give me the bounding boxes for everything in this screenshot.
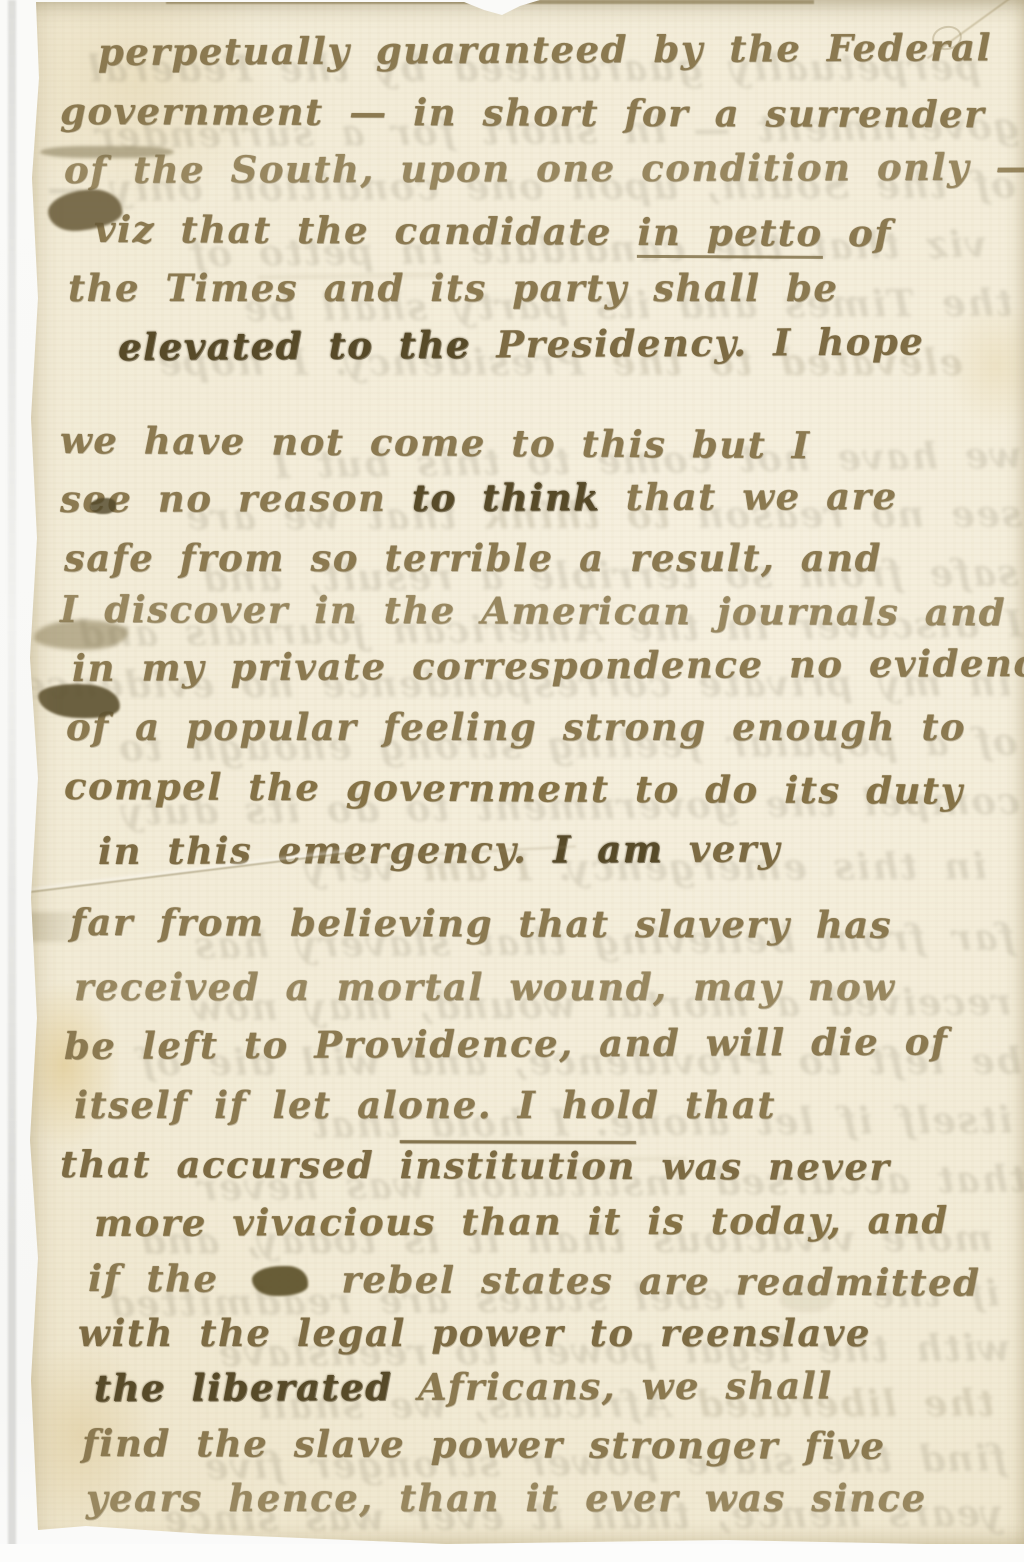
handwriting-segment: in my private correspondence no evidence (72, 641, 1024, 690)
handwriting-line: I discover in the American journals and (60, 583, 1018, 645)
handwriting-line: safe from so terrible a result, and (64, 532, 1018, 591)
handwriting-line: in this emergency. I am very (98, 822, 1018, 884)
handwriting-segment: Presidency. I hope (471, 319, 925, 366)
handwriting-segment: Africans, we shall (392, 1363, 832, 1409)
handwriting-segment: of a popular feeling strong enough to (66, 705, 966, 749)
handwriting-segment: very (663, 827, 781, 871)
ink-blot-icon (252, 1266, 308, 1296)
scanner-shadow-streak (8, 0, 16, 1562)
handwriting-line: in my private correspondence no evidence (72, 637, 1018, 701)
handwriting-segment: more vivacious than it is today, and (94, 1198, 949, 1245)
handwriting-line: compel the government to do its duty (64, 760, 1018, 824)
handwriting-line: that accursed institution was never (60, 1138, 1018, 1200)
handwriting-segment: safe from so terrible a result, and (64, 536, 882, 580)
handwriting-line: far from believing that slavery has (70, 896, 1018, 958)
handwriting-segment: in petto (637, 210, 822, 259)
handwriting-line: of the South, upon one condition only — (64, 141, 1018, 203)
handwriting-line: with the legal power to reenslave (78, 1307, 1018, 1366)
handwriting-line: years hence, than it ever was since (86, 1472, 1018, 1531)
handwriting-segment: I discover in the American journals and (60, 587, 1006, 634)
handwriting-segment: to think (412, 475, 600, 520)
handwriting-segment: received a mortal wound, may now (74, 965, 896, 1009)
handwriting-text-block: perpetually guaranteed by the Federalgov… (60, 26, 1018, 1531)
scanned-letter: perpetually guaranteed by the Federalgov… (0, 0, 1024, 1562)
fold-crease (24, 912, 124, 942)
handwriting-line: government — in short for a surrender (60, 85, 1018, 147)
handwriting-segment: years hence, than it ever was since (86, 1476, 927, 1520)
handwriting-segment: perpetually guaranteed by the Federal (98, 25, 992, 74)
handwriting-segment: with the legal power to reenslave (78, 1311, 871, 1355)
handwriting-segment: viz that the candidate (94, 207, 638, 254)
handwriting-segment: government — in short for a surrender (60, 89, 985, 136)
handwriting-line: be left to Providence, and will die of (64, 1015, 1018, 1079)
scanner-background-strip (0, 0, 30, 1562)
handwriting-segment: institution (400, 1143, 636, 1188)
handwriting-segment: elevated to the (118, 323, 471, 369)
handwriting-segment: far from believing that slavery has (70, 900, 892, 947)
handwriting-line: received a mortal wound, may now (74, 961, 1018, 1020)
handwriting-segment: rebel states are readmitted (316, 1257, 981, 1304)
handwriting-line: more vivacious than it is today, and (94, 1194, 1018, 1256)
handwriting-line: of a popular feeling strong enough to (66, 701, 1018, 760)
handwriting-line: see no reason to think that we are (60, 470, 1018, 532)
handwriting-segment: of (823, 211, 892, 255)
handwriting-line: viz that the candidate in petto of (94, 203, 1018, 267)
handwriting-segment: see no reason (60, 476, 412, 521)
handwriting-segment: was never (636, 1144, 891, 1189)
handwriting-segment: be left to Providence, and will die of (64, 1019, 949, 1068)
handwriting-segment: I am (553, 827, 664, 871)
handwriting-segment: if the (88, 1256, 244, 1301)
handwriting-segment: of the South, upon one condition only — (64, 145, 1024, 192)
page-top-edge-shadow (166, 0, 814, 4)
scanner-background-strip (0, 1544, 1024, 1562)
handwriting-segment: compel the government to do its duty (64, 764, 964, 813)
handwriting-segment: itself if let alone. I hold that (74, 1083, 776, 1127)
handwriting-segment: that accursed (60, 1142, 400, 1187)
handwriting-line: elevated to the Presidency. I hope (118, 315, 1018, 380)
handwriting-line: the Times and its party shall be (68, 262, 1018, 321)
handwriting-segment: we have not come to this but I (60, 418, 811, 467)
handwriting-segment: the Times and its party shall be (68, 266, 838, 310)
handwriting-segment: the liberated (94, 1365, 393, 1410)
handwriting-line: itself if let alone. I hold that (74, 1079, 1018, 1138)
handwriting-segment: find the slave power stronger five (82, 1421, 886, 1468)
handwriting-line: perpetually guaranteed by the Federal (98, 21, 1018, 85)
letter-page: perpetually guaranteed by the Federalgov… (26, 0, 1024, 1546)
handwriting-line: the liberated Africans, we shall (94, 1359, 1018, 1421)
handwriting-segment: that we are (600, 474, 898, 519)
handwriting-line: find the slave power stronger five (82, 1417, 1018, 1479)
